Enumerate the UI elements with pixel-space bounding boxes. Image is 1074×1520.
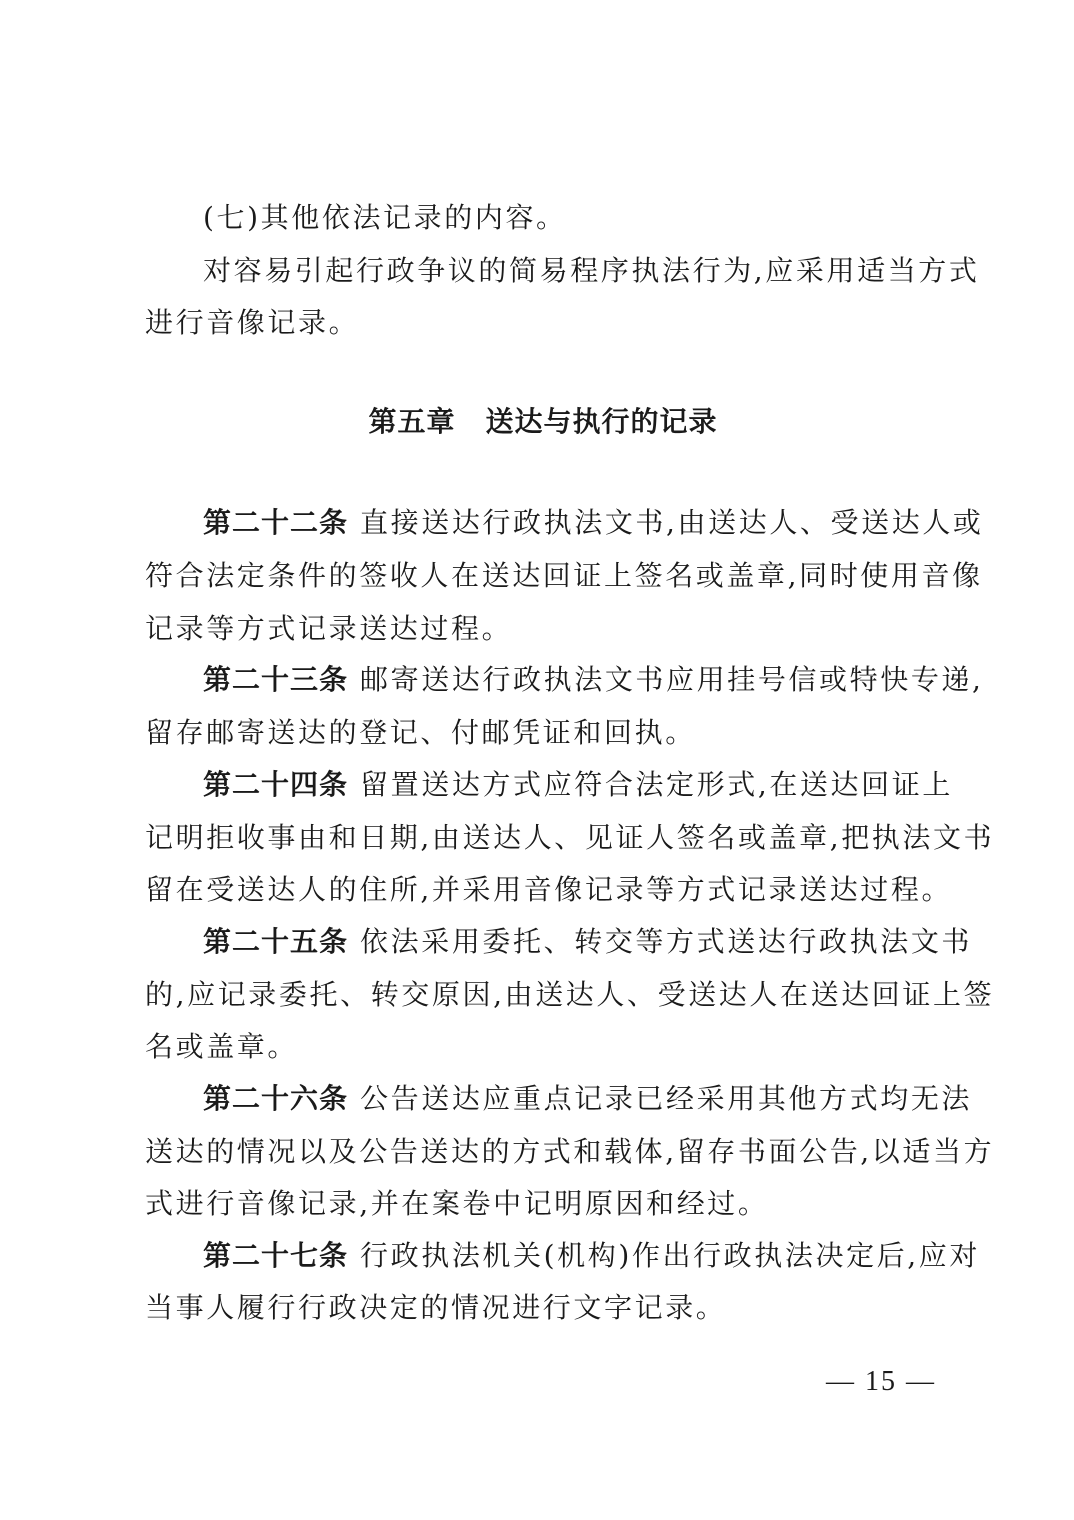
article-22-line-1: 第二十二条直接送达行政执法文书,由送达人、受送达人或 xyxy=(145,503,999,543)
article-24-line-3: 留在受送达人的住所,并采用音像记录等方式记录送达过程。 xyxy=(145,870,941,910)
article-27-line-2: 当事人履行行政决定的情况进行文字记录。 xyxy=(145,1288,941,1328)
article-22-label: 第二十二条 xyxy=(203,506,348,539)
article-23-line-1: 第二十三条邮寄送达行政执法文书应用挂号信或特快专递, xyxy=(145,660,999,700)
article-22-line-3: 记录等方式记录送达过程。 xyxy=(145,609,941,649)
article-27-text: 行政执法机关(机构)作出行政执法决定后,应对 xyxy=(360,1239,980,1272)
article-26-line-1: 第二十六条公告送达应重点记录已经采用其他方式均无法 xyxy=(145,1079,999,1119)
intro-paragraph-line-1: 对容易引起行政争议的简易程序执法行为,应采用适当方式 xyxy=(145,251,999,291)
chapter-heading: 第五章送达与执行的记录 xyxy=(145,402,941,442)
article-25-line-1: 第二十五条依法采用委托、转交等方式送达行政执法文书 xyxy=(145,922,999,962)
article-23-label: 第二十三条 xyxy=(203,663,348,696)
article-25-label: 第二十五条 xyxy=(203,925,348,958)
article-23-text: 邮寄送达行政执法文书应用挂号信或特快专递, xyxy=(360,663,984,696)
article-24-line-1: 第二十四条留置送达方式应符合法定形式,在送达回证上 xyxy=(145,765,999,805)
article-26-label: 第二十六条 xyxy=(203,1082,348,1115)
article-25-text: 依法采用委托、转交等方式送达行政执法文书 xyxy=(360,925,972,958)
article-24-text: 留置送达方式应符合法定形式,在送达回证上 xyxy=(360,768,953,801)
chapter-number: 第五章 xyxy=(368,405,455,438)
article-24-label: 第二十四条 xyxy=(203,768,348,801)
article-27-line-1: 第二十七条行政执法机关(机构)作出行政执法决定后,应对 xyxy=(145,1236,999,1276)
article-22-text: 直接送达行政执法文书,由送达人、受送达人或 xyxy=(360,506,984,539)
intro-item-7: (七)其他依法记录的内容。 xyxy=(145,198,999,238)
page-number: — 15 — xyxy=(826,1362,936,1402)
chapter-title: 送达与执行的记录 xyxy=(486,405,718,438)
article-26-line-3: 式进行音像记录,并在案卷中记明原因和经过。 xyxy=(145,1184,941,1224)
article-22-line-2: 符合法定条件的签收人在送达回证上签名或盖章,同时使用音像 xyxy=(145,556,941,596)
intro-paragraph-line-2: 进行音像记录。 xyxy=(145,303,941,343)
article-25-line-3: 名或盖章。 xyxy=(145,1027,941,1067)
article-24-line-2: 记明拒收事由和日期,由送达人、见证人签名或盖章,把执法文书 xyxy=(145,818,941,858)
article-25-line-2: 的,应记录委托、转交原因,由送达人、受送达人在送达回证上签 xyxy=(145,975,941,1015)
article-26-line-2: 送达的情况以及公告送达的方式和载体,留存书面公告,以适当方 xyxy=(145,1132,941,1172)
article-27-label: 第二十七条 xyxy=(203,1239,348,1272)
article-26-text: 公告送达应重点记录已经采用其他方式均无法 xyxy=(360,1082,972,1115)
article-23-line-2: 留存邮寄送达的登记、付邮凭证和回执。 xyxy=(145,713,941,753)
